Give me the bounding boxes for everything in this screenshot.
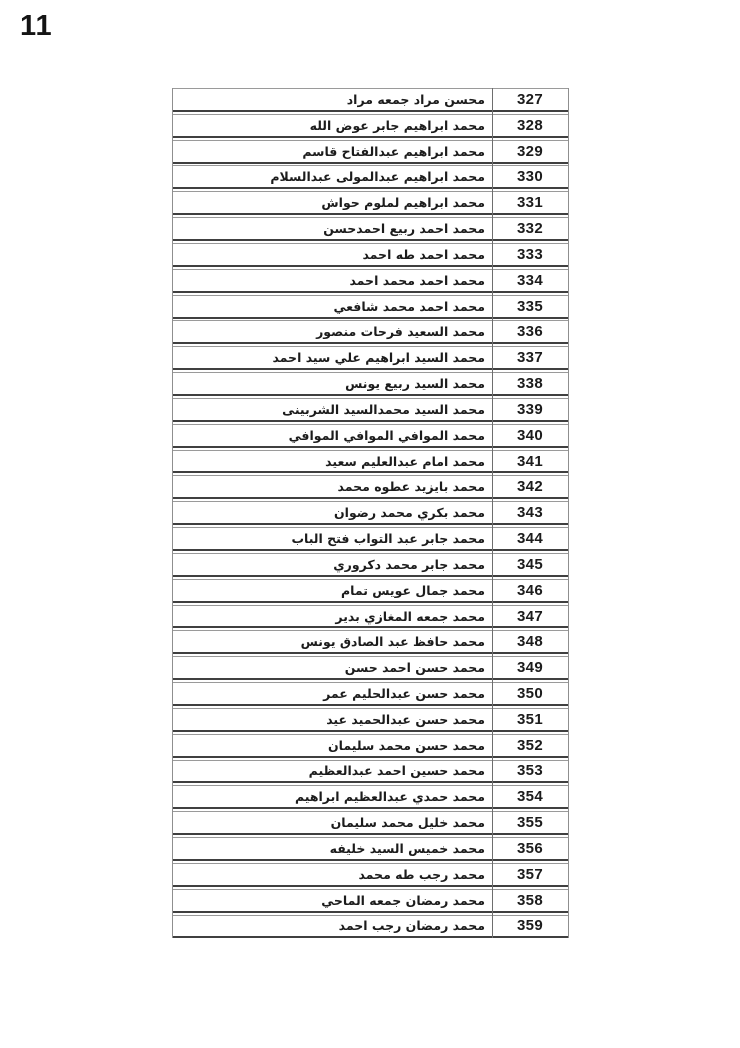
- person-name-cell: محمد جمعه المغازي بدير: [173, 606, 492, 627]
- person-name-cell: محمد ابراهيم جابر عوض الله: [173, 115, 492, 136]
- serial-number-cell: 352: [492, 735, 568, 756]
- serial-number-cell: 328: [492, 115, 568, 136]
- person-name-cell: محمد احمد ربيع احمدحسن: [173, 218, 492, 239]
- person-name-cell: محمد خميس السيد خليفه: [173, 838, 492, 859]
- table-row: محمد رمضان جمعه الماحي 358: [173, 889, 568, 913]
- person-name-cell: محمد ابراهيم عبدالفتاح قاسم: [173, 141, 492, 162]
- table-row: محمد الموافي الموافي الموافي 340: [173, 424, 568, 448]
- table-row: محمد السيد ابراهيم علي سيد احمد 337: [173, 346, 568, 370]
- person-name-cell: محمد السيد محمدالسيد الشربينى: [173, 399, 492, 420]
- table-row: محمد بكري محمد رضوان 343: [173, 501, 568, 525]
- serial-number-cell: 345: [492, 554, 568, 575]
- serial-number-cell: 327: [492, 89, 568, 110]
- person-name-cell: محمد جابر محمد دكروري: [173, 554, 492, 575]
- serial-number-cell: 350: [492, 683, 568, 704]
- table-row: محمد جابر عبد التواب فتح الباب 344: [173, 527, 568, 551]
- table-row: محمد السعيد فرحات منصور 336: [173, 320, 568, 344]
- table-row: محمد خميس السيد خليفه 356: [173, 837, 568, 861]
- serial-number-cell: 340: [492, 425, 568, 446]
- person-name-cell: محمد السيد ابراهيم علي سيد احمد: [173, 347, 492, 368]
- serial-number-cell: 341: [492, 451, 568, 472]
- serial-number-cell: 343: [492, 502, 568, 523]
- serial-number-cell: 332: [492, 218, 568, 239]
- person-name-cell: محمد حافظ عبد الصادق يونس: [173, 631, 492, 652]
- person-name-cell: محمد رمضان رجب احمد: [173, 916, 492, 937]
- roster-table: محسن مراد جمعه مراد 327 محمد ابراهيم جاب…: [172, 88, 569, 938]
- person-name-cell: محمد السعيد فرحات منصور: [173, 321, 492, 342]
- serial-number-cell: 351: [492, 709, 568, 730]
- serial-number-cell: 344: [492, 528, 568, 549]
- table-row: محمد ابراهيم لملوم حواش 331: [173, 191, 568, 215]
- person-name-cell: محمد السيد ربيع يونس: [173, 373, 492, 394]
- serial-number-cell: 330: [492, 166, 568, 187]
- table-row: محمد احمد محمد شافعي 335: [173, 295, 568, 319]
- serial-number-cell: 338: [492, 373, 568, 394]
- serial-number-cell: 346: [492, 580, 568, 601]
- person-name-cell: محمد خليل محمد سليمان: [173, 812, 492, 833]
- person-name-cell: محمد جمال عويس تمام: [173, 580, 492, 601]
- person-name-cell: محمد حسن عبدالحميد عيد: [173, 709, 492, 730]
- column-divider: [492, 88, 493, 938]
- page-number: 11: [20, 10, 53, 43]
- serial-number-cell: 342: [492, 476, 568, 497]
- table-row: محسن مراد جمعه مراد 327: [173, 88, 568, 112]
- serial-number-cell: 331: [492, 192, 568, 213]
- table-row: محمد السيد محمدالسيد الشربينى 339: [173, 398, 568, 422]
- serial-number-cell: 348: [492, 631, 568, 652]
- table-row: محمد امام عبدالعليم سعيد 341: [173, 450, 568, 474]
- table-row: محمد حافظ عبد الصادق يونس 348: [173, 630, 568, 654]
- serial-number-cell: 335: [492, 296, 568, 317]
- person-name-cell: محمد الموافي الموافي الموافي: [173, 425, 492, 446]
- table-row: محمد جابر محمد دكروري 345: [173, 553, 568, 577]
- person-name-cell: محمد ابراهيم عبدالمولى عبدالسلام: [173, 166, 492, 187]
- serial-number-cell: 337: [492, 347, 568, 368]
- serial-number-cell: 347: [492, 606, 568, 627]
- table-row: محمد حمدي عبدالعظيم ابراهيم 354: [173, 785, 568, 809]
- person-name-cell: محمد حسن احمد حسن: [173, 657, 492, 678]
- serial-number-cell: 334: [492, 270, 568, 291]
- person-name-cell: محمد امام عبدالعليم سعيد: [173, 451, 492, 472]
- table-row: محمد حسن عبدالحميد عيد 351: [173, 708, 568, 732]
- serial-number-cell: 355: [492, 812, 568, 833]
- serial-number-cell: 357: [492, 864, 568, 885]
- person-name-cell: محمد رمضان جمعه الماحي: [173, 890, 492, 911]
- serial-number-cell: 354: [492, 786, 568, 807]
- table-row: محمد رمضان رجب احمد 359: [173, 915, 568, 939]
- person-name-cell: محمد احمد محمد احمد: [173, 270, 492, 291]
- table-row: محمد احمد ربيع احمدحسن 332: [173, 217, 568, 241]
- serial-number-cell: 336: [492, 321, 568, 342]
- person-name-cell: محمد بكري محمد رضوان: [173, 502, 492, 523]
- table-row: محمد رجب طه محمد 357: [173, 863, 568, 887]
- table-row: محمد احمد طه احمد 333: [173, 243, 568, 267]
- table-row: محمد ابراهيم عبدالمولى عبدالسلام 330: [173, 165, 568, 189]
- table-row: محمد ابراهيم جابر عوض الله 328: [173, 114, 568, 138]
- person-name-cell: محمد بايزيد عطوه محمد: [173, 476, 492, 497]
- person-name-cell: محمد حسن عبدالحليم عمر: [173, 683, 492, 704]
- serial-number-cell: 329: [492, 141, 568, 162]
- person-name-cell: محمد حسين احمد عبدالعظيم: [173, 761, 492, 782]
- person-name-cell: محمد احمد طه احمد: [173, 244, 492, 265]
- serial-number-cell: 356: [492, 838, 568, 859]
- table-row: محمد حسن عبدالحليم عمر 350: [173, 682, 568, 706]
- person-name-cell: محمد جابر عبد التواب فتح الباب: [173, 528, 492, 549]
- table-row: محمد حسن محمد سليمان 352: [173, 734, 568, 758]
- table-row: محمد جمعه المغازي بدير 347: [173, 605, 568, 629]
- table-row: محمد خليل محمد سليمان 355: [173, 811, 568, 835]
- table-row: محمد ابراهيم عبدالفتاح قاسم 329: [173, 140, 568, 164]
- table-row: محمد حسين احمد عبدالعظيم 353: [173, 760, 568, 784]
- person-name-cell: محمد ابراهيم لملوم حواش: [173, 192, 492, 213]
- serial-number-cell: 359: [492, 916, 568, 937]
- person-name-cell: محمد رجب طه محمد: [173, 864, 492, 885]
- document-page: 11 محسن مراد جمعه مراد 327 محمد ابراهيم …: [0, 0, 740, 1048]
- serial-number-cell: 339: [492, 399, 568, 420]
- table-row: محمد احمد محمد احمد 334: [173, 269, 568, 293]
- serial-number-cell: 349: [492, 657, 568, 678]
- roster-rows: محسن مراد جمعه مراد 327 محمد ابراهيم جاب…: [173, 88, 568, 938]
- table-row: محمد السيد ربيع يونس 338: [173, 372, 568, 396]
- serial-number-cell: 358: [492, 890, 568, 911]
- serial-number-cell: 333: [492, 244, 568, 265]
- person-name-cell: محمد حسن محمد سليمان: [173, 735, 492, 756]
- table-row: محمد حسن احمد حسن 349: [173, 656, 568, 680]
- person-name-cell: محمد حمدي عبدالعظيم ابراهيم: [173, 786, 492, 807]
- person-name-cell: محمد احمد محمد شافعي: [173, 296, 492, 317]
- table-row: محمد جمال عويس تمام 346: [173, 579, 568, 603]
- serial-number-cell: 353: [492, 761, 568, 782]
- person-name-cell: محسن مراد جمعه مراد: [173, 89, 492, 110]
- table-row: محمد بايزيد عطوه محمد 342: [173, 475, 568, 499]
